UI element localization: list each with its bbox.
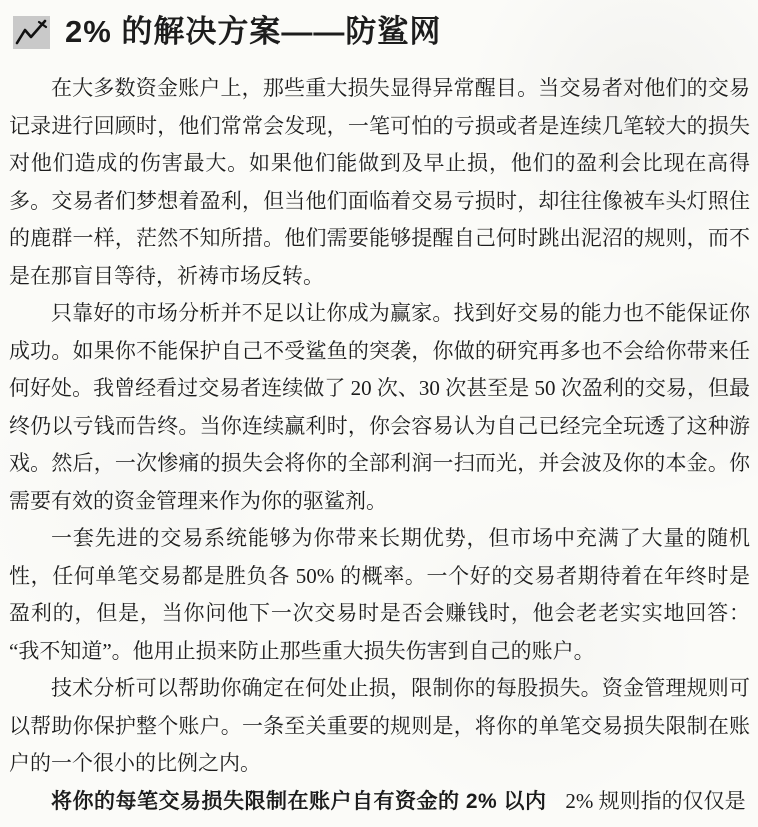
trend-chart-icon bbox=[13, 16, 50, 49]
paragraph-4: 技术分析可以帮助你确定在何处止损，限制你的每股损失。资金管理规则可以帮助你保护整… bbox=[9, 670, 750, 783]
chapter-title: 2% 的解决方案——防鲨网 bbox=[65, 15, 441, 49]
runin-heading: 将你的每笔交易损失限制在账户自有资金的 2% 以内 bbox=[51, 790, 547, 813]
paragraph-runin: 将你的每笔交易损失限制在账户自有资金的 2% 以内2% 规则指的仅仅是 bbox=[9, 783, 750, 821]
book-page: 2% 的解决方案——防鲨网 在大多数资金账户上，那些重大损失显得异常醒目。当交易… bbox=[0, 0, 758, 827]
paragraph-1: 在大多数资金账户上，那些重大损失显得异常醒目。当交易者对他们的交易记录进行回顾时… bbox=[9, 70, 750, 295]
paragraph-3: 一套先进的交易系统能够为你带来长期优势，但市场中充满了大量的随机性，任何单笔交易… bbox=[9, 520, 750, 670]
paragraph-2: 只靠好的市场分析并不足以让你成为赢家。找到好交易的能力也不能保证你成功。如果你不… bbox=[9, 295, 750, 520]
body-text: 在大多数资金账户上，那些重大损失显得异常醒目。当交易者对他们的交易记录进行回顾时… bbox=[0, 70, 758, 820]
runin-rest-text: 2% 规则指的仅仅是 bbox=[565, 789, 745, 813]
chapter-heading-row: 2% 的解决方案——防鲨网 bbox=[0, 0, 758, 49]
